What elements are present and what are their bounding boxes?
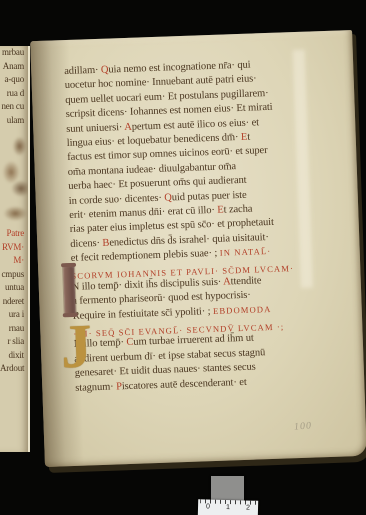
ink-text: sunt uniuersi· xyxy=(66,122,124,135)
verso-fragment: RVM· xyxy=(0,241,28,255)
verso-fragment: Patre xyxy=(0,227,28,241)
verso-fragment: cmpus xyxy=(0,268,28,282)
ink-text: ttendite xyxy=(230,275,261,287)
ink-text: uia nemo est incognatione nr̄a· qui xyxy=(108,60,250,76)
verso-fragment: Anam xyxy=(0,60,28,74)
scale-ruler: 012 xyxy=(198,499,258,515)
ink-text: dicens· xyxy=(70,238,103,250)
verso-fragment: ulam xyxy=(0,114,28,128)
initial-i-purple xyxy=(63,264,76,316)
photo-background: mrbauAnama-quorua dnen cuulamPatreRVM·M·… xyxy=(0,0,366,515)
verso-fragment: a-quo xyxy=(0,73,28,87)
verso-page-edge: mrbauAnama-quorua dnen cuulamPatreRVM·M·… xyxy=(0,46,30,452)
ruler-number: 1 xyxy=(226,504,230,511)
verso-fragment: rnau xyxy=(0,322,28,336)
verso-fragment: Ardout xyxy=(0,362,28,376)
ink-text: t xyxy=(247,132,250,143)
verso-fragment: rua d xyxy=(0,87,28,101)
ink-text: stagnum· xyxy=(75,381,116,393)
verso-illumination xyxy=(0,129,28,225)
ruler-numbers: 012 xyxy=(198,503,258,512)
text-block: adillam· Quia nemo est incognatione nr̄a… xyxy=(64,57,337,397)
verso-fragment: nen cu xyxy=(0,100,28,114)
folio-number: 100 xyxy=(294,420,313,433)
ink-text: adillam· xyxy=(64,65,101,77)
verso-fragment: nderet xyxy=(0,295,28,309)
ink-text: uid putas puer iste xyxy=(172,189,247,203)
ink-text: t zacha xyxy=(223,203,252,215)
verso-fragment: mrbau xyxy=(0,46,28,60)
ruler-number: 0 xyxy=(206,503,210,510)
ink-text: in corde suo· dicentes· xyxy=(69,192,165,206)
ruler-number: 2 xyxy=(246,504,250,511)
verso-fragment: M· xyxy=(0,254,28,268)
verso-fragment: untua xyxy=(0,281,28,295)
verso-fragment: dixit xyxy=(0,349,28,363)
rubric-text: IN NATAL̄· xyxy=(220,246,272,258)
scale-gray-patch xyxy=(211,476,244,502)
verso-fragment: ura i xyxy=(0,308,28,322)
recto-page: adillam· Quia nemo est incognatione nr̄a… xyxy=(30,30,366,467)
verso-fragment: r slia xyxy=(0,335,28,349)
rubric-text: EBDOMODA xyxy=(213,304,272,316)
initial-j-gold: J xyxy=(60,312,86,383)
ink-text: um turbae irruerent ad ih̄m ut xyxy=(133,333,254,348)
